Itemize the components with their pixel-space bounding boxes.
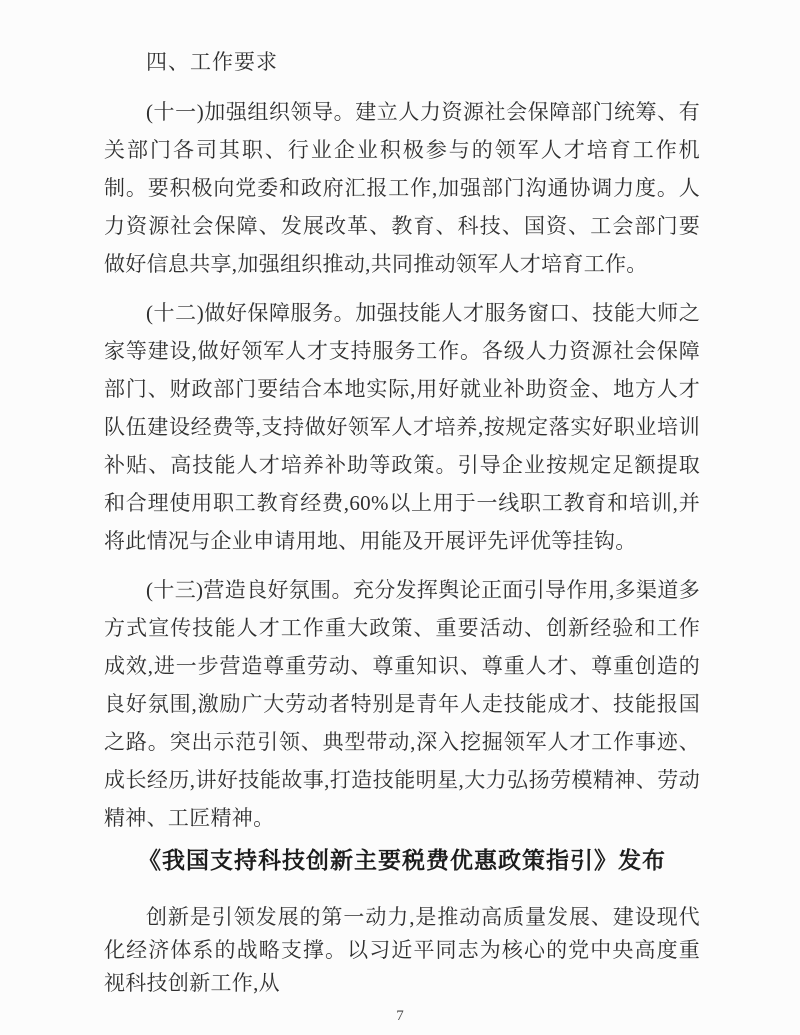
page-number: 7 [0, 1008, 800, 1025]
paragraph-item-12: (十二)做好保障服务。加强技能人才服务窗口、技能大师之家等建设,做好领军人才支持… [104, 294, 700, 560]
article-opening-paragraph: 创新是引领发展的第一动力,是推动高质量发展、建设现代化经济体系的战略支撑。以习近… [104, 901, 700, 1000]
section-heading: 四、工作要求 [104, 43, 700, 81]
document-page: 四、工作要求 (十一)加强组织领导。建立人力资源社会保障部门统筹、有关部门各司其… [0, 0, 800, 1035]
document-content: 四、工作要求 (十一)加强组织领导。建立人力资源社会保障部门统筹、有关部门各司其… [104, 0, 700, 1000]
paragraph-item-11: (十一)加强组织领导。建立人力资源社会保障部门统筹、有关部门各司其职、行业企业积… [104, 93, 700, 283]
article-title: 《我国支持科技创新主要税费优惠政策指引》发布 [104, 842, 700, 880]
paragraph-item-13: (十三)营造良好氛围。充分发挥舆论正面引导作用,多渠道多方式宣传技能人才工作重大… [104, 571, 700, 837]
